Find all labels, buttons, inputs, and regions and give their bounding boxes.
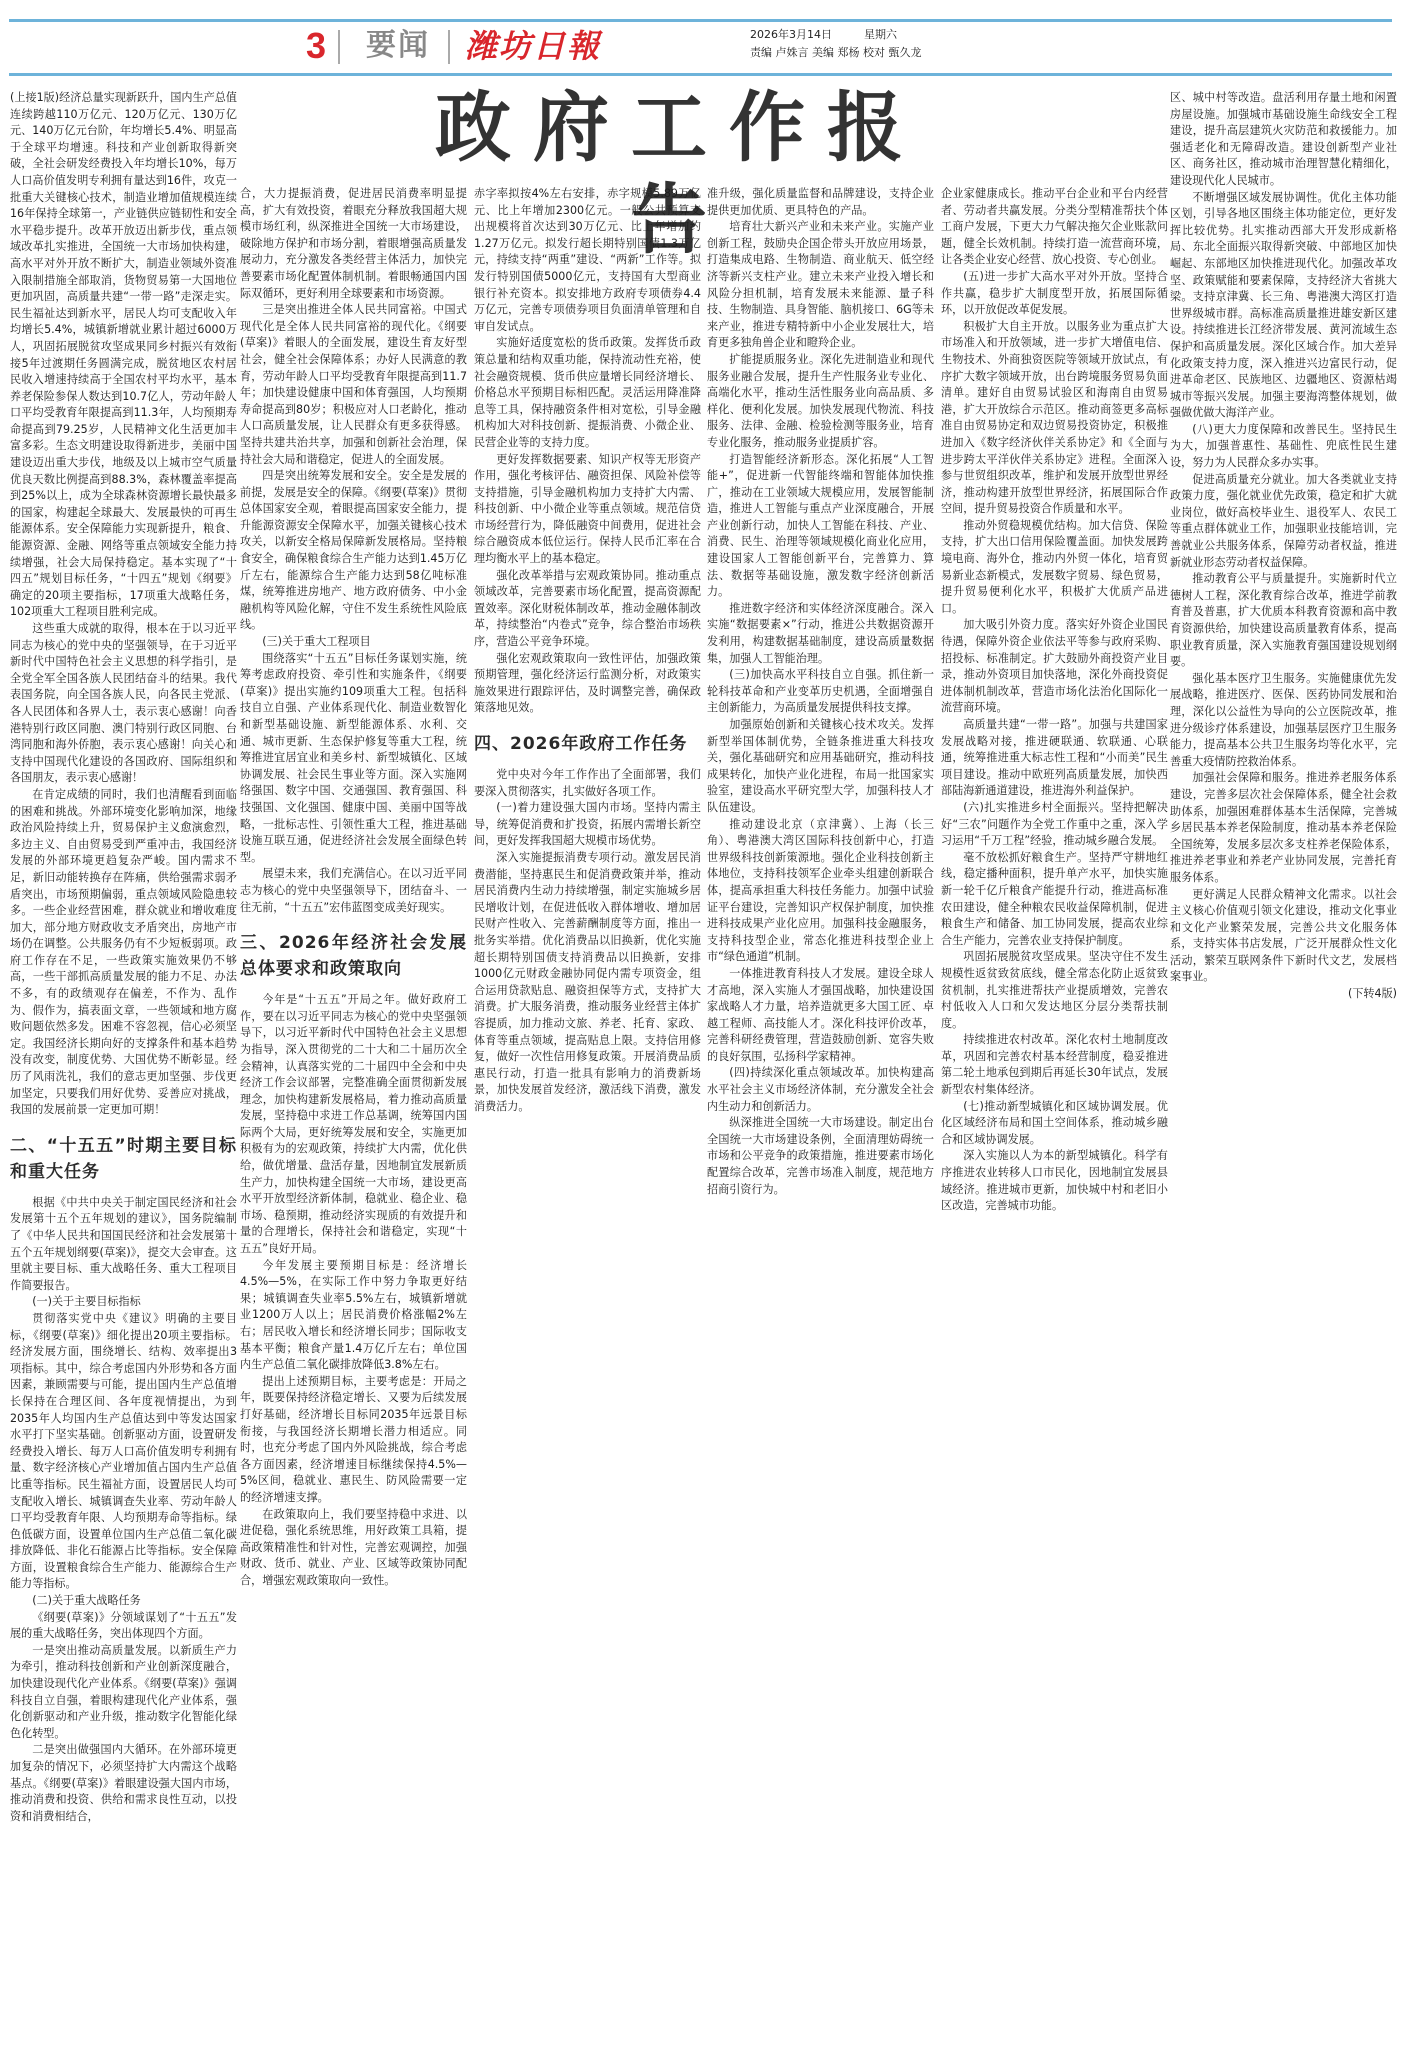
paragraph: 企业家健康成长。推动平台企业和平台内经营者、劳动者共赢发展。分类分型精准帮扶个体… bbox=[941, 186, 1168, 269]
paragraph: 合，大力提振消费，促进居民消费率明显提高，扩大有效投资，着眼充分释放我国超大规模… bbox=[240, 186, 467, 302]
paragraph: 持续推进农村改革。深化农村土地制度改革，巩固和完善农村基本经营制度，稳妥推进第二… bbox=[941, 1032, 1168, 1098]
article-column-2: 合，大力提振消费，促进居民消费率明显提高，扩大有效投资，着眼充分释放我国超大规模… bbox=[240, 186, 467, 2040]
paragraph: 巩固拓展脱贫攻坚成果。坚决守住不发生规模性返贫致贫底线，健全常态化防止返贫致贫机… bbox=[941, 949, 1168, 1032]
paragraph: 三是突出推进全体人民共同富裕。中国式现代化是全体人民共同富裕的现代化。《纲要(草… bbox=[240, 302, 467, 468]
issue-weekday: 星期六 bbox=[864, 28, 897, 41]
paragraph: 纵深推进全国统一大市场建设。制定出台全国统一大市场建设条例，全面清理妨碍统一市场… bbox=[707, 1115, 934, 1198]
paragraph: 今年是“十五五”开局之年。做好政府工作，要在以习近平同志为核心的党中央坚强领导下… bbox=[240, 992, 467, 1258]
subsection-heading: (三)加快高水平科技自立自强。抓住新一轮科技革命和产业变革历史机遇，全面增强自主… bbox=[707, 667, 934, 717]
paragraph: 一是突出推动高质量发展。以新质生产力为牵引，推动科技创新和产业创新深度融合，加快… bbox=[10, 1643, 237, 1743]
paragraph: 更好满足人民群众精神文化需求。以社会主义核心价值观引领文化建设，推动文化事业和文… bbox=[1170, 887, 1397, 987]
section-name: 要闻 bbox=[366, 26, 430, 66]
subsection-heading: (五)进一步扩大高水平对外开放。坚持合作共赢，稳步扩大制度型开放，拓展国际循环，… bbox=[941, 269, 1168, 319]
paragraph: 加强社会保障和服务。推进养老服务体系建设，完善多层次社会保障体系，健全社会救助体… bbox=[1170, 770, 1397, 886]
subsection-heading: (一)关于主要目标指标 bbox=[10, 1294, 237, 1311]
paragraph: 这些重大成就的取得，根本在于以习近平同志为核心的党中央的坚强领导，在于习近平新时… bbox=[10, 621, 237, 787]
paragraph: 提出上述预期目标，主要考虑是：开局之年，既要保持经济稳定增长、又要为后续发展打好… bbox=[240, 1374, 467, 1507]
paragraph: 加强原始创新和关键核心技术攻关。发挥新型举国体制优势，全链条推进重大科技攻关，强… bbox=[707, 717, 934, 817]
article-column-1: (上接1版)经济总量实现新跃升，国内生产总值连续跨越110万亿元、120万亿元、… bbox=[10, 90, 237, 2040]
section-heading: 四、2026年政府工作任务 bbox=[474, 731, 701, 757]
issue-meta: 2026年3月14日星期六 责编 卢姝言 美编 郑杨 校对 甄久龙 bbox=[750, 26, 921, 62]
paragraph: 加大吸引外资力度。落实好外资企业国民待遇，保障外资企业依法平等参与政府采购、招投… bbox=[941, 617, 1168, 717]
paragraph: 推进数字经济和实体经济深度融合。深入实施“数据要素×”行动，推进公共数据资源开发… bbox=[707, 601, 934, 667]
section-heading: 三、2026年经济社会发展总体要求和政策取向 bbox=[240, 930, 467, 982]
paragraph: 实施好适度宽松的货币政策。发挥货币政策总量和结构双重功能，保持流动性充裕，使社会… bbox=[474, 335, 701, 451]
paragraph: 更好发挥数据要素、知识产权等无形资产作用，强化考核评估、融资担保、风险补偿等支持… bbox=[474, 452, 701, 568]
paragraph: 深入实施提振消费专项行动。激发居民消费潜能，坚持惠民生和促消费政策并举，推动居民… bbox=[474, 850, 701, 1116]
paragraph: 促进高质量充分就业。加大各类就业支持政策力度，强化就业优先政策，稳定和扩大就业岗… bbox=[1170, 472, 1397, 572]
paragraph: 强化宏观政策取向一致性评估，加强政策预期管理，强化经济运行监测分析，对政策实施效… bbox=[474, 651, 701, 717]
paragraph: 在政策取向上，我们要坚持稳中求进、以进促稳，强化系统思维，用好政策工具箱，提高政… bbox=[240, 1507, 467, 1590]
paragraph: 党中央对今年工作作出了全面部署，我们要深入贯彻落实，扎实做好各项工作。 bbox=[474, 767, 701, 800]
paragraph: (上接1版)经济总量实现新跃升，国内生产总值连续跨越110万亿元、120万亿元、… bbox=[10, 90, 237, 621]
subsection-heading: (二)关于重大战略任务 bbox=[10, 1593, 237, 1610]
paragraph: 二是突出做强国内大循环。在外部环境更加复杂的情况下，必须坚持扩大内需这个战略基点… bbox=[10, 1742, 237, 1825]
paragraph: 一体推进教育科技人才发展。建设全球人才高地，深入实施人才强国战略，加快建设国家战… bbox=[707, 966, 934, 1066]
paragraph: 打造智能经济新形态。深化拓展“人工智能+”，促进新一代智能终端和智能体加快推广，… bbox=[707, 452, 934, 601]
paragraph: 展望未来，我们充满信心。在以习近平同志为核心的党中央坚强领导下，团结奋斗、一往无… bbox=[240, 866, 467, 916]
paragraph: 根据《中共中央关于制定国民经济和社会发展第十五个五年规划的建议》，国务院编制了《… bbox=[10, 1195, 237, 1295]
subsection-heading: (四)持续深化重点领域改革。加快构建高水平社会主义市场经济体制，充分激发全社会内… bbox=[707, 1065, 934, 1115]
paragraph: 区、城中村等改造。盘活利用存量土地和闲置房屋设施。加强城市基础设施生命线安全工程… bbox=[1170, 90, 1397, 190]
article-column-3: 赤字率拟按4%左右安排，赤字规模5.89万亿元、比上年增加2300亿元。一般公共… bbox=[474, 186, 701, 2040]
paragraph: 毫不放松抓好粮食生产。坚持严守耕地红线，稳定播种面积，提升单产水平，加快实施新一… bbox=[941, 850, 1168, 950]
paragraph: 深入实施以人为本的新型城镇化。科学有序推进农业转移人口市民化，因地制宜发展县域经… bbox=[941, 1148, 1168, 1214]
paragraph: 《纲要(草案)》分领域谋划了“十五五”发展的重大战略任务，突出体现四个方面。 bbox=[10, 1610, 237, 1643]
paragraph: 强化改革举措与宏观政策协同。推动重点领域改革，完善要素市场化配置，提高资源配置效… bbox=[474, 568, 701, 651]
header-bottom-rule bbox=[9, 73, 1392, 76]
paragraph: 在肯定成绩的同时，我们也清醒看到面临的困难和挑战。外部环境变化影响加深，地缘政治… bbox=[10, 787, 237, 1119]
divider bbox=[448, 30, 450, 64]
paragraph: 今年发展主要预期目标是：经济增长4.5%—5%，在实际工作中努力争取更好结果；城… bbox=[240, 1258, 467, 1374]
subsection-heading: (一)着力建设强大国内市场。坚持内需主导，统筹促消费和扩投资，拓展内需增长新空间… bbox=[474, 800, 701, 850]
subsection-heading: (六)扎实推进乡村全面振兴。坚持把解决好“三农”问题作为全党工作重中之重，深入学… bbox=[941, 800, 1168, 850]
subsection-heading: (七)推动新型城镇化和区域协调发展。优化区域经济布局和国土空间体系，推动城乡融合… bbox=[941, 1099, 1168, 1149]
article-column-5: 企业家健康成长。推动平台企业和平台内经营者、劳动者共赢发展。分类分型精准帮扶个体… bbox=[941, 186, 1168, 2040]
paragraph: 贯彻落实党中央《建议》明确的主要目标，《纲要(草案)》细化提出20项主要指标。经… bbox=[10, 1311, 237, 1593]
section-heading: 二、“十五五”时期主要目标和重大任务 bbox=[10, 1133, 237, 1185]
paragraph: 准升级，强化质量监督和品牌建设，支持企业提供更加优质、更具特色的产品。 bbox=[707, 186, 934, 219]
paragraph: 扩能提质服务业。深化先进制造业和现代服务业融合发展，提升生产性服务业专业化、高端… bbox=[707, 352, 934, 452]
paragraph: 推动建设北京（京津冀）、上海（长三角）、粤港澳大湾区国际科技创新中心，打造世界级… bbox=[707, 817, 934, 966]
article-column-6: 区、城中村等改造。盘活利用存量土地和闲置房屋设施。加强城市基础设施生命线安全工程… bbox=[1170, 90, 1397, 2040]
paragraph: 围绕落实“十五五”目标任务谋划实施，统筹考虑政府投资、牵引性和实施条件，《纲要(… bbox=[240, 651, 467, 867]
paragraph: 不断增强区域发展协调性。优化主体功能区划，引导各地区围绕主体功能定位，更好发挥比… bbox=[1170, 190, 1397, 422]
paragraph: 赤字率拟按4%左右安排，赤字规模5.89万亿元、比上年增加2300亿元。一般公共… bbox=[474, 186, 701, 335]
paragraph: 强化基本医疗卫生服务。实施健康优先发展战略，推进医疗、医保、医药协同发展和治理，… bbox=[1170, 671, 1397, 771]
divider bbox=[338, 30, 340, 64]
paragraph: 推动外贸稳规模优结构。加大信贷、保险支持，扩大出口信用保险覆盖面。加快发展跨境电… bbox=[941, 518, 1168, 618]
newspaper-masthead: 潍坊日報 bbox=[465, 24, 601, 68]
subsection-heading: (八)更大力度保障和改善民生。坚持民生为大，加强普惠性、基础性、兜底性民生建设，… bbox=[1170, 422, 1397, 472]
editor-credits: 责编 卢姝言 美编 郑杨 校对 甄久龙 bbox=[750, 44, 921, 62]
article-column-4: 准升级，强化质量监督和品牌建设，支持企业提供更加优质、更具特色的产品。培育壮大新… bbox=[707, 186, 934, 2040]
paragraph: 四是突出统筹发展和安全。安全是发展的前提，发展是安全的保障。《纲要(草案)》贯彻… bbox=[240, 468, 467, 634]
page-header: 3 要闻 潍坊日報 2026年3月14日星期六 责编 卢姝言 美编 郑杨 校对 … bbox=[0, 22, 1401, 73]
paragraph: 培育壮大新兴产业和未来产业。实施产业创新工程，鼓励央企国企带头开放应用场景，打造… bbox=[707, 219, 934, 352]
paragraph: 高质量共建“一带一路”。加强与共建国家发展战略对接，推进硬联通、软联通、心联通，… bbox=[941, 717, 1168, 800]
page-number: 3 bbox=[306, 26, 326, 66]
issue-date: 2026年3月14日 bbox=[750, 28, 832, 41]
subsection-heading: (三)关于重大工程项目 bbox=[240, 634, 467, 651]
paragraph: 积极扩大自主开放。以服务业为重点扩大市场准入和开放领域，进一步扩大增值电信、生物… bbox=[941, 319, 1168, 518]
continued-note: (下转4版) bbox=[1170, 986, 1397, 1003]
paragraph: 推动教育公平与质量提升。实施新时代立德树人工程，深化教育综合改革，推进学前教育普… bbox=[1170, 571, 1397, 671]
